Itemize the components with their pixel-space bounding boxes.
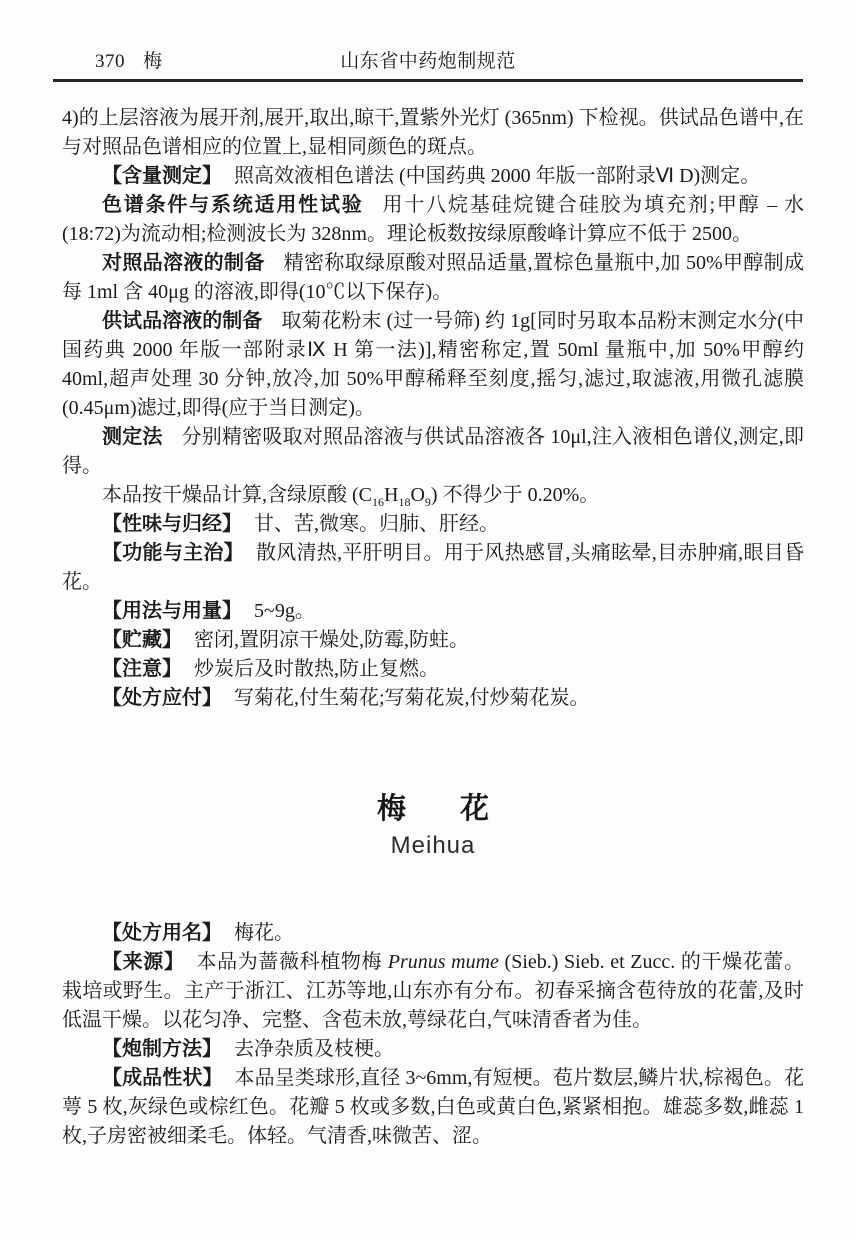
taste-meridian-paragraph: 【性味与归经】甘、苦,微寒。归肺、肝经。 <box>62 510 804 539</box>
tlc-text: 4)的上层溶液为展开剂,展开,取出,晾干,置紫外光灯 (365nm) 下检视。供… <box>62 107 804 158</box>
header-rule <box>53 79 803 82</box>
caution-text: 炒炭后及时散热,防止复燃。 <box>194 658 439 680</box>
monograph-title-chinese: 梅 花 <box>62 793 804 825</box>
title-hanzi-hua: 花 <box>460 793 489 825</box>
storage-label: 【贮藏】 <box>102 629 182 651</box>
prescription-dispensing-paragraph: 【处方应付】写菊花,付生菊花;写菊花炭,付炒菊花炭。 <box>62 684 804 713</box>
assay-text: 照高效液相色谱法 (中国药典 2000 年版一部附录Ⅵ D)测定。 <box>234 165 760 187</box>
monograph-title-block: 梅 花 Meihua <box>62 793 804 859</box>
formula-pre: 本品按干燥品计算,含绿原酸 (C <box>102 484 372 506</box>
assay-limit-paragraph: 本品按干燥品计算,含绿原酸 (C16H18O9) 不得少于 0.20%。 <box>62 481 804 510</box>
dosage-label: 【用法与用量】 <box>102 600 242 622</box>
book-title: 山东省中药炮制规范 <box>0 46 856 73</box>
source-text-pre: 本品为蔷薇科植物梅 <box>197 951 388 973</box>
reference-solution-label: 对照品溶液的制备 <box>102 252 265 274</box>
processing-method-paragraph: 【炮制方法】去净杂质及枝梗。 <box>62 1035 804 1064</box>
processing-method-label: 【炮制方法】 <box>102 1038 222 1060</box>
formula-subscript-18: 18 <box>398 495 410 509</box>
formula-post: ) 不得少于 0.20%。 <box>431 484 599 506</box>
prescription-dispensing-label: 【处方应付】 <box>102 687 222 709</box>
scanned-book-page: 370梅 山东省中药炮制规范 4)的上层溶液为展开剂,展开,取出,晾干,置紫外光… <box>0 0 856 1239</box>
title-hanzi-mei: 梅 <box>377 793 406 825</box>
monograph-title-pinyin: Meihua <box>62 833 804 859</box>
assay-label: 【含量测定】 <box>102 165 222 187</box>
determination-method-label: 测定法 <box>102 426 163 448</box>
chromatography-conditions-paragraph: 色谱条件与系统适用性试验用十八烷基硅烷键合硅胶为填充剂;甲醇 – 水(18:72… <box>62 191 804 249</box>
taste-meridian-text: 甘、苦,微寒。归肺、肝经。 <box>254 513 499 535</box>
dosage-text: 5~9g。 <box>254 600 315 622</box>
formula-h: H <box>384 484 398 506</box>
chromatography-conditions-label: 色谱条件与系统适用性试验 <box>102 194 364 216</box>
prescription-name-text: 梅花。 <box>234 922 294 944</box>
finished-product-paragraph: 【成品性状】本品呈类球形,直径 3~6mm,有短梗。苞片数层,鳞片状,棕褐色。花… <box>62 1064 804 1151</box>
running-header: 370梅 山东省中药炮制规范 <box>0 0 856 70</box>
source-label: 【来源】 <box>102 951 185 973</box>
juhua-continuation: 4)的上层溶液为展开剂,展开,取出,晾干,置紫外光灯 (365nm) 下检视。供… <box>62 104 804 1151</box>
test-solution-label: 供试品溶液的制备 <box>102 310 262 332</box>
storage-paragraph: 【贮藏】密闭,置阴凉干燥处,防霉,防蛀。 <box>62 626 804 655</box>
dosage-paragraph: 【用法与用量】5~9g。 <box>62 597 804 626</box>
prescription-name-label: 【处方用名】 <box>102 922 222 944</box>
assay-heading-paragraph: 【含量测定】照高效液相色谱法 (中国药典 2000 年版一部附录Ⅵ D)测定。 <box>62 162 804 191</box>
reference-solution-paragraph: 对照品溶液的制备精密称取绿原酸对照品适量,置棕色量瓶中,加 50%甲醇制成每 1… <box>62 249 804 307</box>
prescription-name-paragraph: 【处方用名】梅花。 <box>62 919 804 948</box>
formula-subscript-16: 16 <box>372 495 384 509</box>
function-indication-paragraph: 【功能与主治】散风清热,平肝明目。用于风热感冒,头痛眩晕,目赤肿痛,眼目昏花。 <box>62 539 804 597</box>
meihua-monograph: 【处方用名】梅花。 【来源】本品为蔷薇科植物梅 Prunus mume (Sie… <box>62 919 804 1151</box>
determination-method-paragraph: 测定法分别精密吸取对照品溶液与供试品溶液各 10μl,注入液相色谱仪,测定,即得… <box>62 423 804 481</box>
caution-paragraph: 【注意】炒炭后及时散热,防止复燃。 <box>62 655 804 684</box>
tlc-continuation-paragraph: 4)的上层溶液为展开剂,展开,取出,晾干,置紫外光灯 (365nm) 下检视。供… <box>62 104 804 162</box>
function-indication-label: 【功能与主治】 <box>102 542 244 564</box>
source-paragraph: 【来源】本品为蔷薇科植物梅 Prunus mume (Sieb.) Sieb. … <box>62 948 804 1035</box>
prescription-dispensing-text: 写菊花,付生菊花;写菊花炭,付炒菊花炭。 <box>234 687 590 709</box>
finished-product-label: 【成品性状】 <box>102 1067 223 1089</box>
formula-o: O <box>410 484 424 506</box>
taste-meridian-label: 【性味与归经】 <box>102 513 242 535</box>
caution-label: 【注意】 <box>102 658 182 680</box>
storage-text: 密闭,置阴凉干燥处,防霉,防蛀。 <box>194 629 469 651</box>
latin-binomial: Prunus mume <box>388 951 499 973</box>
determination-method-text: 分别精密吸取对照品溶液与供试品溶液各 10μl,注入液相色谱仪,测定,即得。 <box>62 426 804 477</box>
processing-method-text: 去净杂质及枝梗。 <box>234 1038 394 1060</box>
test-solution-paragraph: 供试品溶液的制备取菊花粉末 (过一号筛) 约 1g[同时另取本品粉末测定水分(中… <box>62 307 804 423</box>
